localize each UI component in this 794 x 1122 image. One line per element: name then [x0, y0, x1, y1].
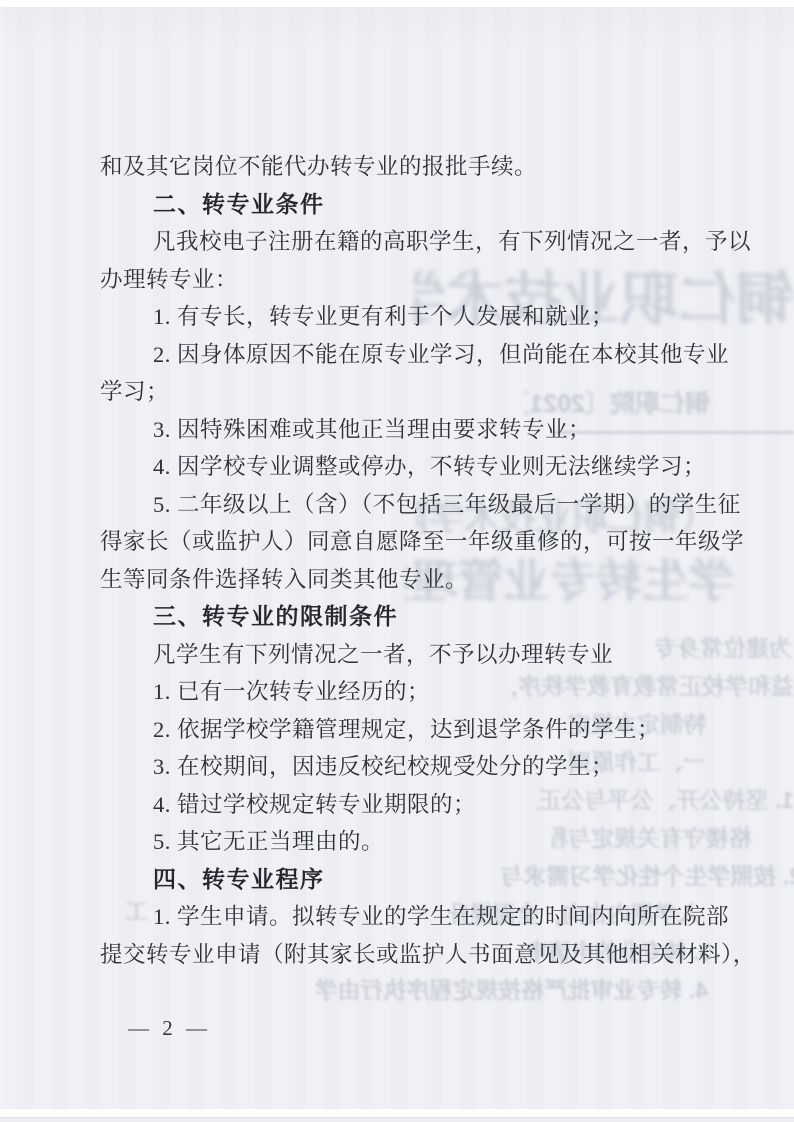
- text-line: 2. 因身体原因不能在原专业学习，但尚能在本校其他专业: [100, 336, 716, 374]
- text-line: 学习；: [100, 373, 716, 411]
- text-line: 1. 学生申请。拟转专业的学生在规定的时间内向所在院部: [100, 898, 716, 936]
- text-line: 5. 其它无正当理由的。: [100, 823, 716, 861]
- scan-bottom-edge: [0, 1109, 794, 1118]
- page-number: — 2 —: [128, 1016, 211, 1041]
- scan-foot-shadow: [0, 1118, 794, 1122]
- text-line: 1. 已有一次转专业经历的；: [100, 673, 716, 711]
- text-line: 3. 在校期间，因违反校纪校规受处分的学生；: [100, 748, 716, 786]
- text-line: 办理转专业：: [100, 261, 716, 299]
- section-heading: 四、转专业程序: [100, 861, 716, 899]
- text-line: 3. 因特殊困难或其他正当理由要求转专业；: [100, 411, 716, 449]
- text-line: 生等同条件选择转入同类其他专业。: [100, 561, 716, 599]
- text-line: 2. 依据学校学籍管理规定，达到退学条件的学生；: [100, 711, 716, 749]
- text-line: 4. 错过学校规定转专业期限的；: [100, 786, 716, 824]
- text-line: 和及其它岗位不能代办转专业的报批手续。: [100, 148, 716, 186]
- text-line: 5. 二年级以上（含）（不包括三年级最后一学期）的学生征: [100, 486, 716, 524]
- text-line: 凡我校电子注册在籍的高职学生，有下列情况之一者，予以: [100, 223, 716, 261]
- section-heading: 二、转专业条件: [100, 186, 716, 224]
- text-line: 凡学生有下列情况之一者，不予以办理转专业: [100, 636, 716, 674]
- document-text-block: 和及其它岗位不能代办转专业的报批手续。二、转专业条件凡我校电子注册在籍的高职学生…: [100, 148, 716, 973]
- text-line: 4. 因学校专业调整或停办，不转专业则无法继续学习；: [100, 448, 716, 486]
- text-line: 1. 有专长，转专业更有利于个人发展和就业；: [100, 298, 716, 336]
- text-line: 提交转专业申请（附其家长或监护人书面意见及其他相关材料），: [100, 936, 716, 974]
- scanned-document-screenshot: { "page": { "paper_color": "#eef0f3", "t…: [0, 0, 794, 1122]
- section-heading: 三、转专业的限制条件: [100, 598, 716, 636]
- text-line: 得家长（或监护人）同意自愿降至一年级重修的，可按一年级学: [100, 523, 716, 561]
